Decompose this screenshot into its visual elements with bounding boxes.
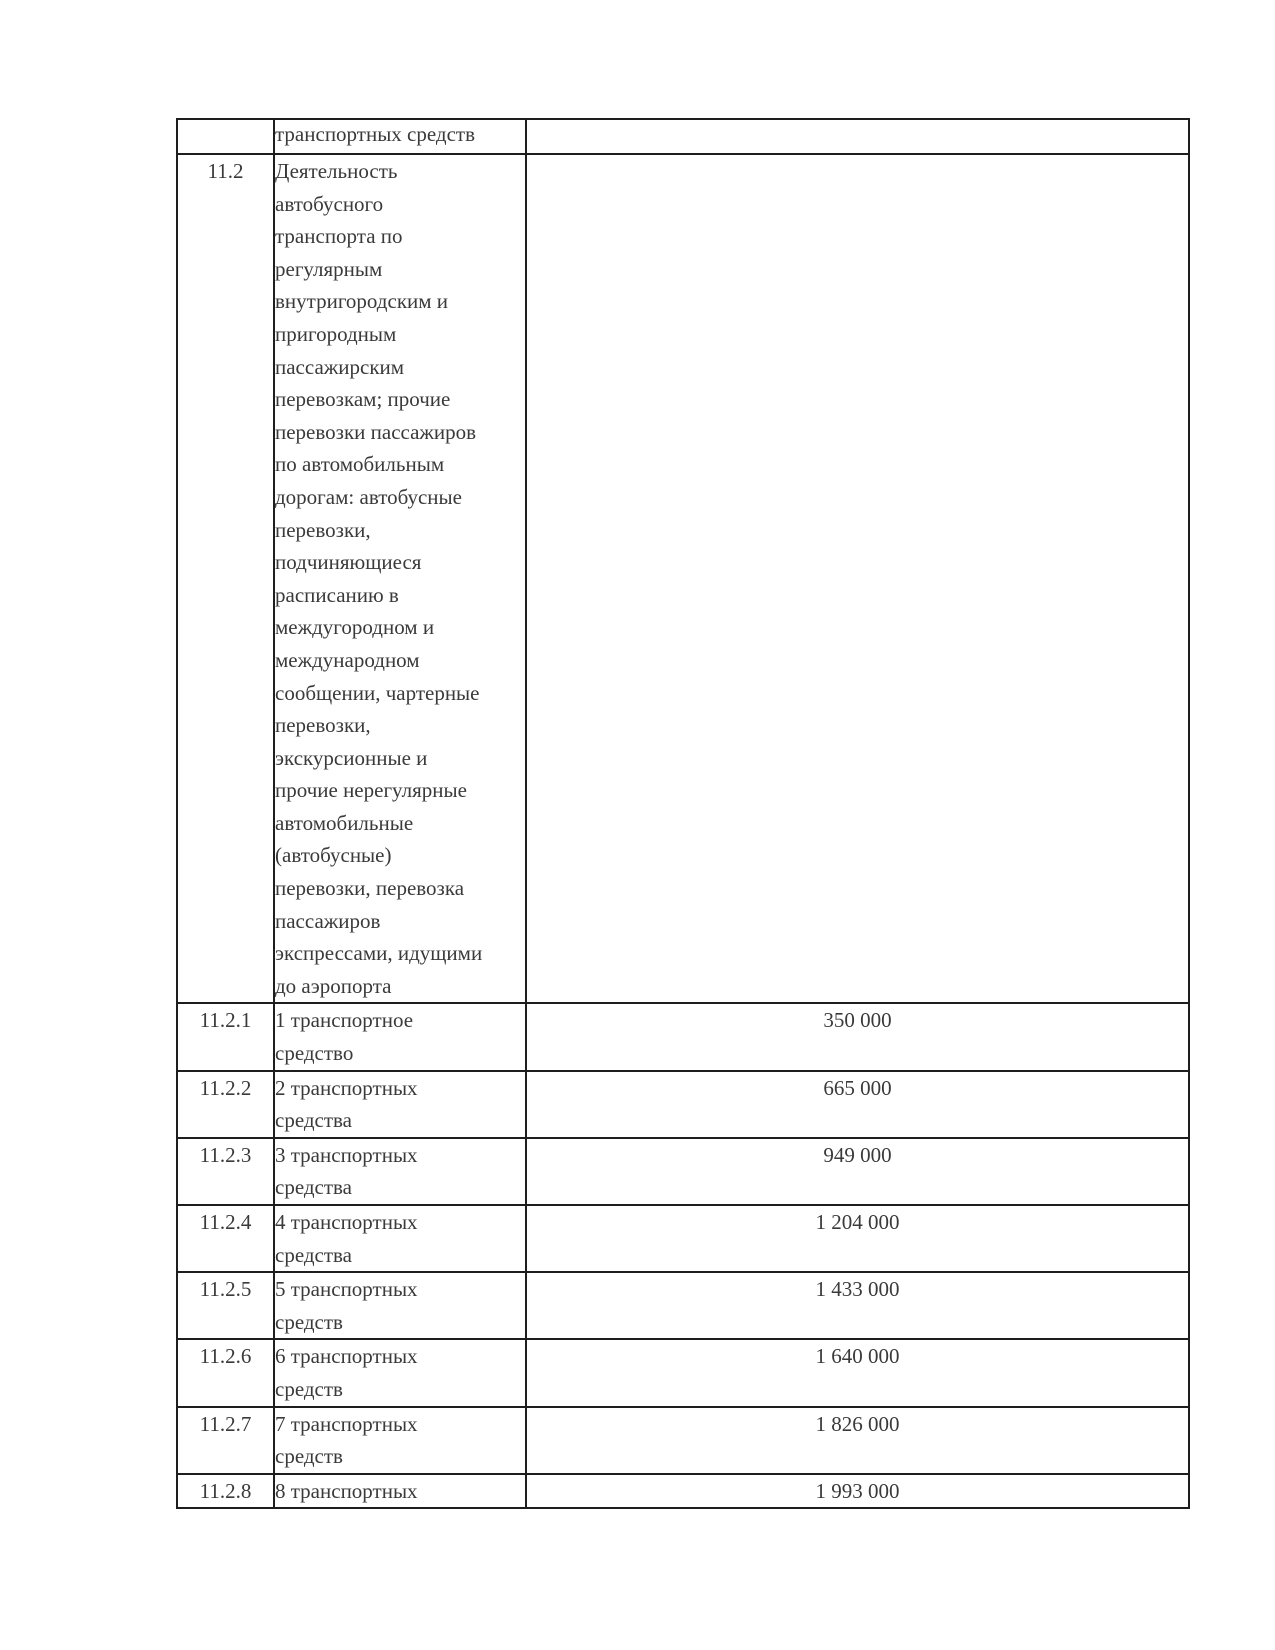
- row-number: [177, 119, 274, 154]
- description-line: Деятельность: [275, 155, 525, 188]
- description-line: перевозки,: [275, 709, 525, 742]
- table-row: 11.2.11 транспортноесредство350 000: [177, 1003, 1189, 1070]
- description-line: транспорта по: [275, 220, 525, 253]
- description-line: 4 транспортных: [275, 1206, 525, 1239]
- row-value: 1 640 000: [526, 1339, 1189, 1406]
- row-number: 11.2.4: [177, 1205, 274, 1272]
- description-line: средств: [275, 1306, 525, 1339]
- table-row: 11.2.55 транспортныхсредств1 433 000: [177, 1272, 1189, 1339]
- table-row: 11.2.22 транспортныхсредства665 000: [177, 1071, 1189, 1138]
- row-value: 1 433 000: [526, 1272, 1189, 1339]
- description-line: подчиняющиеся: [275, 546, 525, 579]
- table-row: 11.2.33 транспортныхсредства949 000: [177, 1138, 1189, 1205]
- row-number: 11.2.5: [177, 1272, 274, 1339]
- description-line: автомобильные: [275, 807, 525, 840]
- description-line: средства: [275, 1171, 525, 1204]
- description-line: пассажирским: [275, 351, 525, 384]
- description-line: прочие нерегулярные: [275, 774, 525, 807]
- description-line: 5 транспортных: [275, 1273, 525, 1306]
- description-line: до аэропорта: [275, 970, 525, 1003]
- description-line: средств: [275, 1440, 525, 1473]
- tariff-table-body: транспортных средств 11.2 Деятельностьав…: [177, 119, 1189, 1508]
- description-line: перевозкам; прочие: [275, 383, 525, 416]
- row-value: 350 000: [526, 1003, 1189, 1070]
- description-line: (автобусные): [275, 839, 525, 872]
- row-value: 1 826 000: [526, 1407, 1189, 1474]
- description-line: 6 транспортных: [275, 1340, 525, 1373]
- description-line: 7 транспортных: [275, 1408, 525, 1441]
- description-line: 2 транспортных: [275, 1072, 525, 1105]
- row-description: 3 транспортныхсредства: [274, 1138, 526, 1205]
- description-line: дорогам: автобусные: [275, 481, 525, 514]
- description-line: сообщении, чартерные: [275, 677, 525, 710]
- row-description: 7 транспортныхсредств: [274, 1407, 526, 1474]
- row-number: 11.2.7: [177, 1407, 274, 1474]
- description-line: перевозки,: [275, 514, 525, 547]
- row-number: 11.2.2: [177, 1071, 274, 1138]
- table-row: 11.2.44 транспортныхсредства1 204 000: [177, 1205, 1189, 1272]
- description-line: пассажиров: [275, 905, 525, 938]
- row-description: 5 транспортныхсредств: [274, 1272, 526, 1339]
- row-value: 665 000: [526, 1071, 1189, 1138]
- row-description: 8 транспортных: [274, 1474, 526, 1509]
- group-row: 11.2 Деятельностьавтобусноготранспорта п…: [177, 154, 1189, 1003]
- description-line: транспортных средств: [275, 118, 525, 151]
- description-line: внутригородским и: [275, 285, 525, 318]
- row-description: 6 транспортныхсредств: [274, 1339, 526, 1406]
- description-line: средство: [275, 1037, 525, 1070]
- description-line: регулярным: [275, 253, 525, 286]
- description-line: пригородным: [275, 318, 525, 351]
- description-line: экскурсионные и: [275, 742, 525, 775]
- row-description: 4 транспортныхсредства: [274, 1205, 526, 1272]
- description-line: международном: [275, 644, 525, 677]
- description-line: перевозки, перевозка: [275, 872, 525, 905]
- description-line: междугородном и: [275, 611, 525, 644]
- description-line: автобусного: [275, 188, 525, 221]
- row-value: 1 993 000: [526, 1474, 1189, 1509]
- description-line: расписанию в: [275, 579, 525, 612]
- table-row: 11.2.77 транспортныхсредств1 826 000: [177, 1407, 1189, 1474]
- description-line: 8 транспортных: [275, 1475, 525, 1508]
- row-value: [526, 119, 1189, 154]
- continuation-row: транспортных средств: [177, 119, 1189, 154]
- table-row: 11.2.88 транспортных1 993 000: [177, 1474, 1189, 1509]
- row-number: 11.2.1: [177, 1003, 274, 1070]
- description-line: средств: [275, 1373, 525, 1406]
- row-description: транспортных средств: [274, 119, 526, 154]
- row-number: 11.2.3: [177, 1138, 274, 1205]
- description-line: средства: [275, 1239, 525, 1272]
- description-line: экспрессами, идущими: [275, 937, 525, 970]
- row-value: 949 000: [526, 1138, 1189, 1205]
- row-number: 11.2: [177, 154, 274, 1003]
- table-row: 11.2.66 транспортныхсредств1 640 000: [177, 1339, 1189, 1406]
- row-description: Деятельностьавтобусноготранспорта порегу…: [274, 154, 526, 1003]
- description-line: по автомобильным: [275, 448, 525, 481]
- row-value: [526, 154, 1189, 1003]
- row-number: 11.2.8: [177, 1474, 274, 1509]
- row-description: 2 транспортныхсредства: [274, 1071, 526, 1138]
- row-description: 1 транспортноесредство: [274, 1003, 526, 1070]
- tariff-table: транспортных средств 11.2 Деятельностьав…: [176, 118, 1190, 1509]
- description-line: 1 транспортное: [275, 1004, 525, 1037]
- description-line: 3 транспортных: [275, 1139, 525, 1172]
- description-line: средства: [275, 1104, 525, 1137]
- description-line: перевозки пассажиров: [275, 416, 525, 449]
- row-value: 1 204 000: [526, 1205, 1189, 1272]
- row-number: 11.2.6: [177, 1339, 274, 1406]
